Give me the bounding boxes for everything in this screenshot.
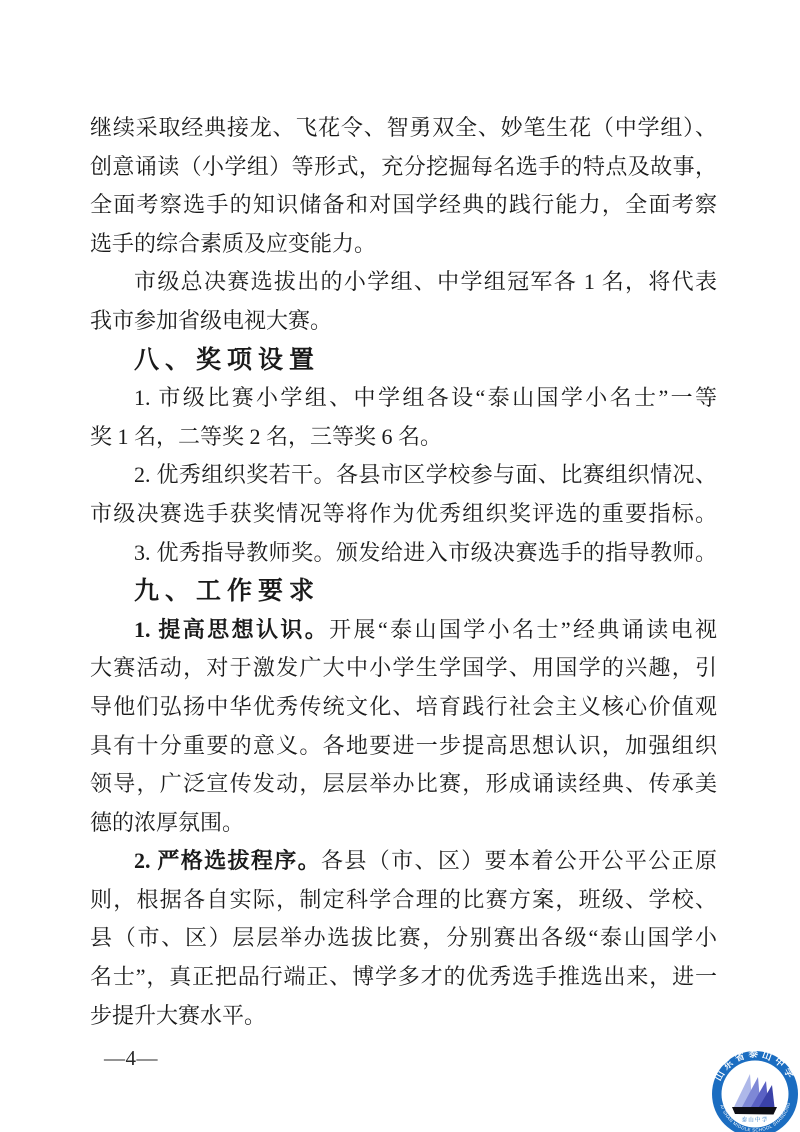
doc-line: 步提升大赛水平。: [90, 997, 717, 1036]
line-lead-bold: 1. 提高思想认识。: [134, 617, 329, 642]
line-lead-bold: 2. 严格选拔程序。: [134, 848, 321, 873]
document-body: 继续采取经典接龙、飞花令、智勇双全、妙笔生花（中学组）、创意诵读（小学组）等形式…: [90, 109, 717, 1035]
doc-line: 具有十分重要的意义。各地要进一步提高思想认识，加强组织: [90, 727, 717, 766]
section-heading: 九、工作要求: [90, 572, 717, 611]
doc-line: 2. 严格选拔程序。各县（市、区）要本着公开公平公正原: [90, 842, 717, 881]
section-heading: 八、奖项设置: [90, 341, 717, 380]
doc-line: 则，根据各自实际，制定科学合理的比赛方案，班级、学校、: [90, 881, 717, 920]
seal-graphic: 山东省泰山中学 TAI SHAN MIDDLE SCHOOL SHANDONG …: [711, 1050, 799, 1132]
doc-line: 1. 提高思想认识。开展“泰山国学小名士”经典诵读电视: [90, 611, 717, 650]
doc-line: 全面考察选手的知识储备和对国学经典的践行能力，全面考察: [90, 186, 717, 225]
line-text: 开展“泰山国学小名士”经典诵读电视: [329, 617, 717, 642]
page-number: —4—: [104, 1046, 158, 1070]
doc-line: 德的浓厚氛围。: [90, 804, 717, 843]
seal-caption-text: 泰山中学: [742, 1116, 769, 1124]
doc-line: 大赛活动，对于激发广大中小学生学国学、用国学的兴趣，引: [90, 649, 717, 688]
doc-line: 2. 优秀组织奖若干。各县市区学校参与面、比赛组织情况、: [90, 456, 717, 495]
doc-line: 名士”，真正把品行端正、博学多才的优秀选手推选出来，进一: [90, 958, 717, 997]
doc-line: 领导，广泛宣传发动，层层举办比赛，形成诵读经典、传承美: [90, 765, 717, 804]
doc-line: 市级总决赛选拔出的小学组、中学组冠军各 1 名，将代表: [90, 263, 717, 302]
doc-line: 创意诵读（小学组）等形式，充分挖掘每名选手的特点及故事，: [90, 148, 717, 187]
line-text: 各县（市、区）要本着公开公平公正原: [321, 848, 717, 873]
doc-line: 继续采取经典接龙、飞花令、智勇双全、妙笔生花（中学组）、: [90, 109, 717, 148]
doc-line: 3. 优秀指导教师奖。颁发给进入市级决赛选手的指导教师。: [90, 534, 717, 573]
doc-line: 我市参加省级电视大赛。: [90, 302, 717, 341]
doc-line: 县（市、区）层层举办选拔比赛，分别赛出各级“泰山国学小: [90, 919, 717, 958]
mountain-base: [732, 1107, 777, 1115]
doc-line: 导他们弘扬中华优秀传统文化、培育践行社会主义核心价值观: [90, 688, 717, 727]
doc-line: 奖 1 名，二等奖 2 名，三等奖 6 名。: [90, 418, 717, 457]
document-page: 继续采取经典接龙、飞花令、智勇双全、妙笔生花（中学组）、创意诵读（小学组）等形式…: [0, 0, 800, 1132]
school-seal-logo: 山东省泰山中学 TAI SHAN MIDDLE SCHOOL SHANDONG …: [711, 1050, 799, 1132]
doc-line: 1. 市级比赛小学组、中学组各设“泰山国学小名士”一等: [90, 379, 717, 418]
doc-line: 市级决赛选手获奖情况等将作为优秀组织奖评选的重要指标。: [90, 495, 717, 534]
doc-line: 选手的综合素质及应变能力。: [90, 225, 717, 264]
